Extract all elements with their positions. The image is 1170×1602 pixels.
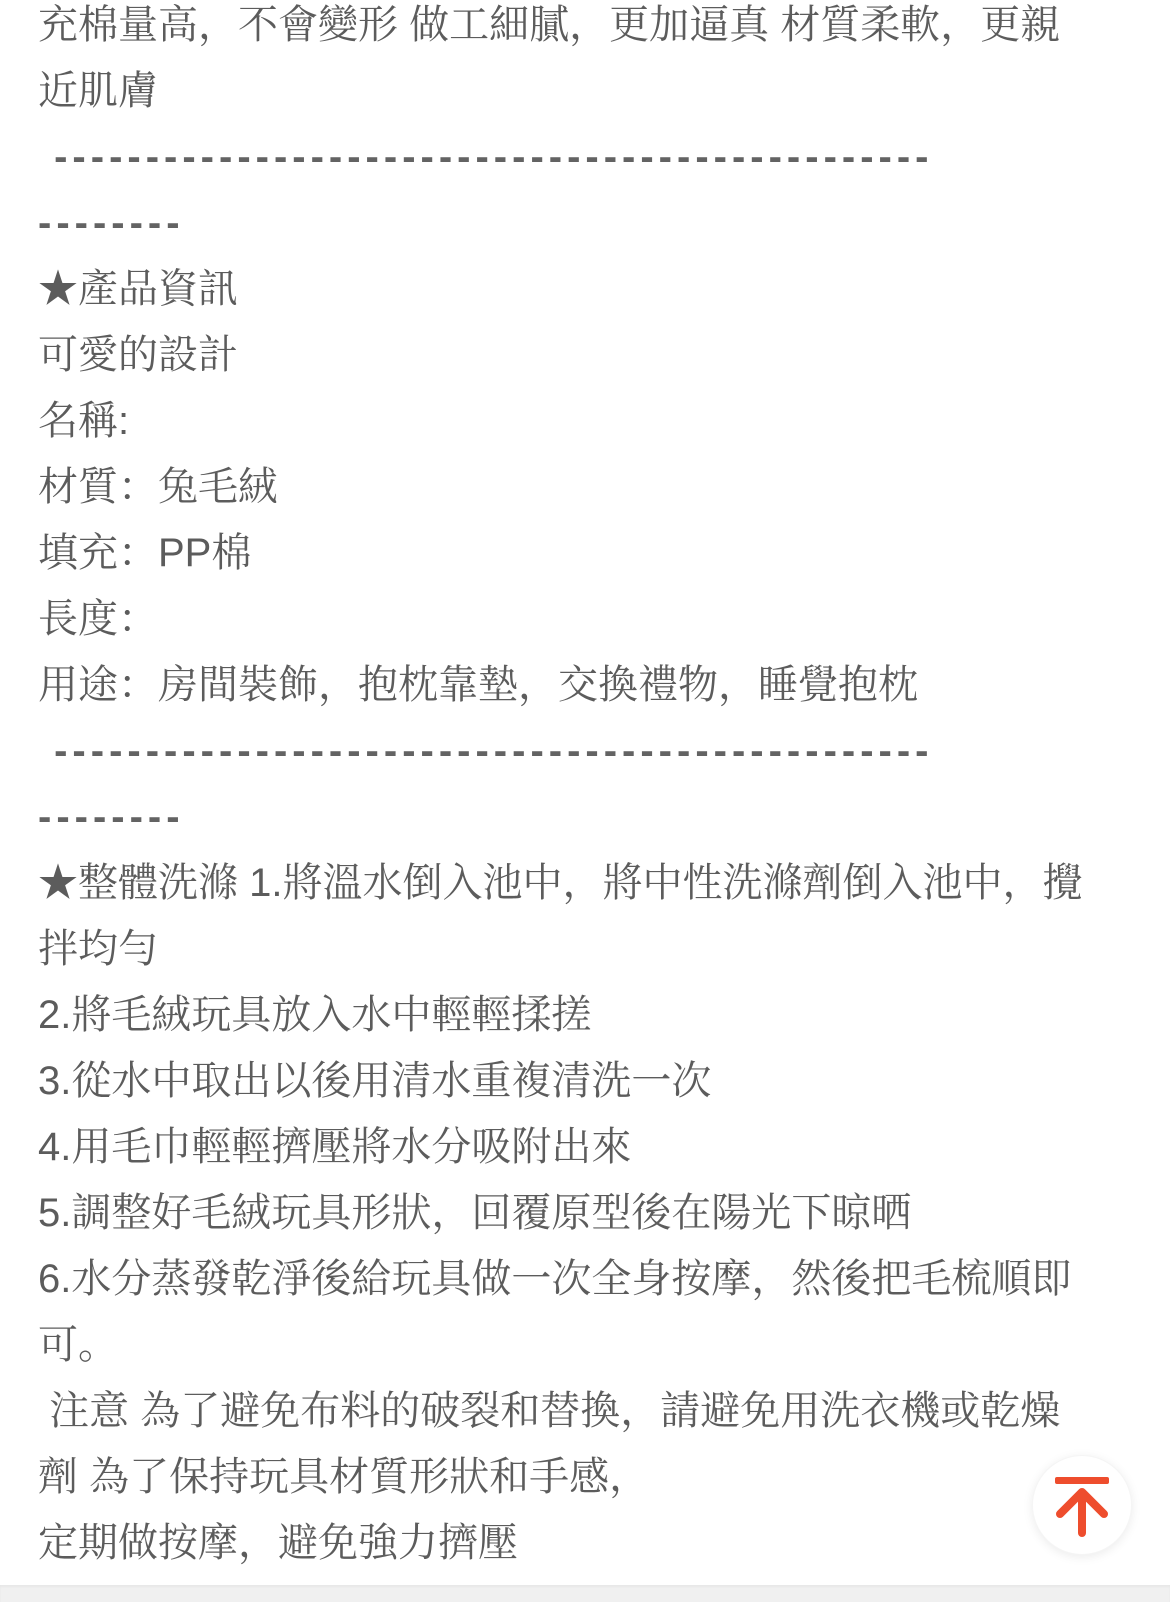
- product-description-text: 充棉量高，不會變形 做工細膩，更加逼真 材質柔軟，更親近肌膚 ---------…: [38, 0, 1142, 1576]
- text-line: 定期做按摩，避免強力擠壓: [38, 1510, 1142, 1576]
- text-line: 2.將毛絨玩具放入水中輕輕揉搓: [38, 982, 1142, 1048]
- dashed-divider-line: ----------------------------------------…: [38, 124, 1142, 190]
- text-line: 拌均勻: [38, 916, 1142, 982]
- arrow-up-to-line-icon: [1055, 1477, 1109, 1537]
- text-line: 6.水分蒸發乾淨後給玩具做一次全身按摩，然後把毛梳順即: [38, 1246, 1142, 1312]
- text-line: ★整體洗滌 1.將溫水倒入池中，將中性洗滌劑倒入池中，攪: [38, 850, 1142, 916]
- text-line: 充棉量高，不會變形 做工細膩，更加逼真 材質柔軟，更親: [38, 0, 1142, 58]
- text-line: 用途：房間裝飾，抱枕靠墊，交換禮物，睡覺抱枕: [38, 652, 1142, 718]
- text-line: 名稱:: [38, 388, 1142, 454]
- text-line: ★產品資訊: [38, 256, 1142, 322]
- dashed-divider-line: ----------------------------------------…: [38, 718, 1142, 784]
- text-line: 4.用毛巾輕輕擠壓將水分吸附出來: [38, 1114, 1142, 1180]
- dashed-divider-line: --------: [38, 190, 1142, 256]
- text-line: 材質：兔毛絨: [38, 454, 1142, 520]
- text-line: 3.從水中取出以後用清水重複清洗一次: [38, 1048, 1142, 1114]
- text-line: 填充：PP棉: [38, 520, 1142, 586]
- text-line: 可愛的設計: [38, 322, 1142, 388]
- section-divider: [0, 1585, 1170, 1602]
- text-line: 可。: [38, 1312, 1142, 1378]
- text-line: 近肌膚: [38, 58, 1142, 124]
- text-line: 劑 為了保持玩具材質形狀和手感，: [38, 1444, 1142, 1510]
- back-to-top-button[interactable]: [1032, 1455, 1132, 1555]
- text-line: 長度：: [38, 586, 1142, 652]
- text-line: 注意 為了避免布料的破裂和替換，請避免用洗衣機或乾燥: [38, 1378, 1142, 1444]
- dashed-divider-line: --------: [38, 784, 1142, 850]
- product-description-page: 充棉量高，不會變形 做工細膩，更加逼真 材質柔軟，更親近肌膚 ---------…: [0, 0, 1170, 1602]
- text-line: 5.調整好毛絨玩具形狀，回覆原型後在陽光下晾晒: [38, 1180, 1142, 1246]
